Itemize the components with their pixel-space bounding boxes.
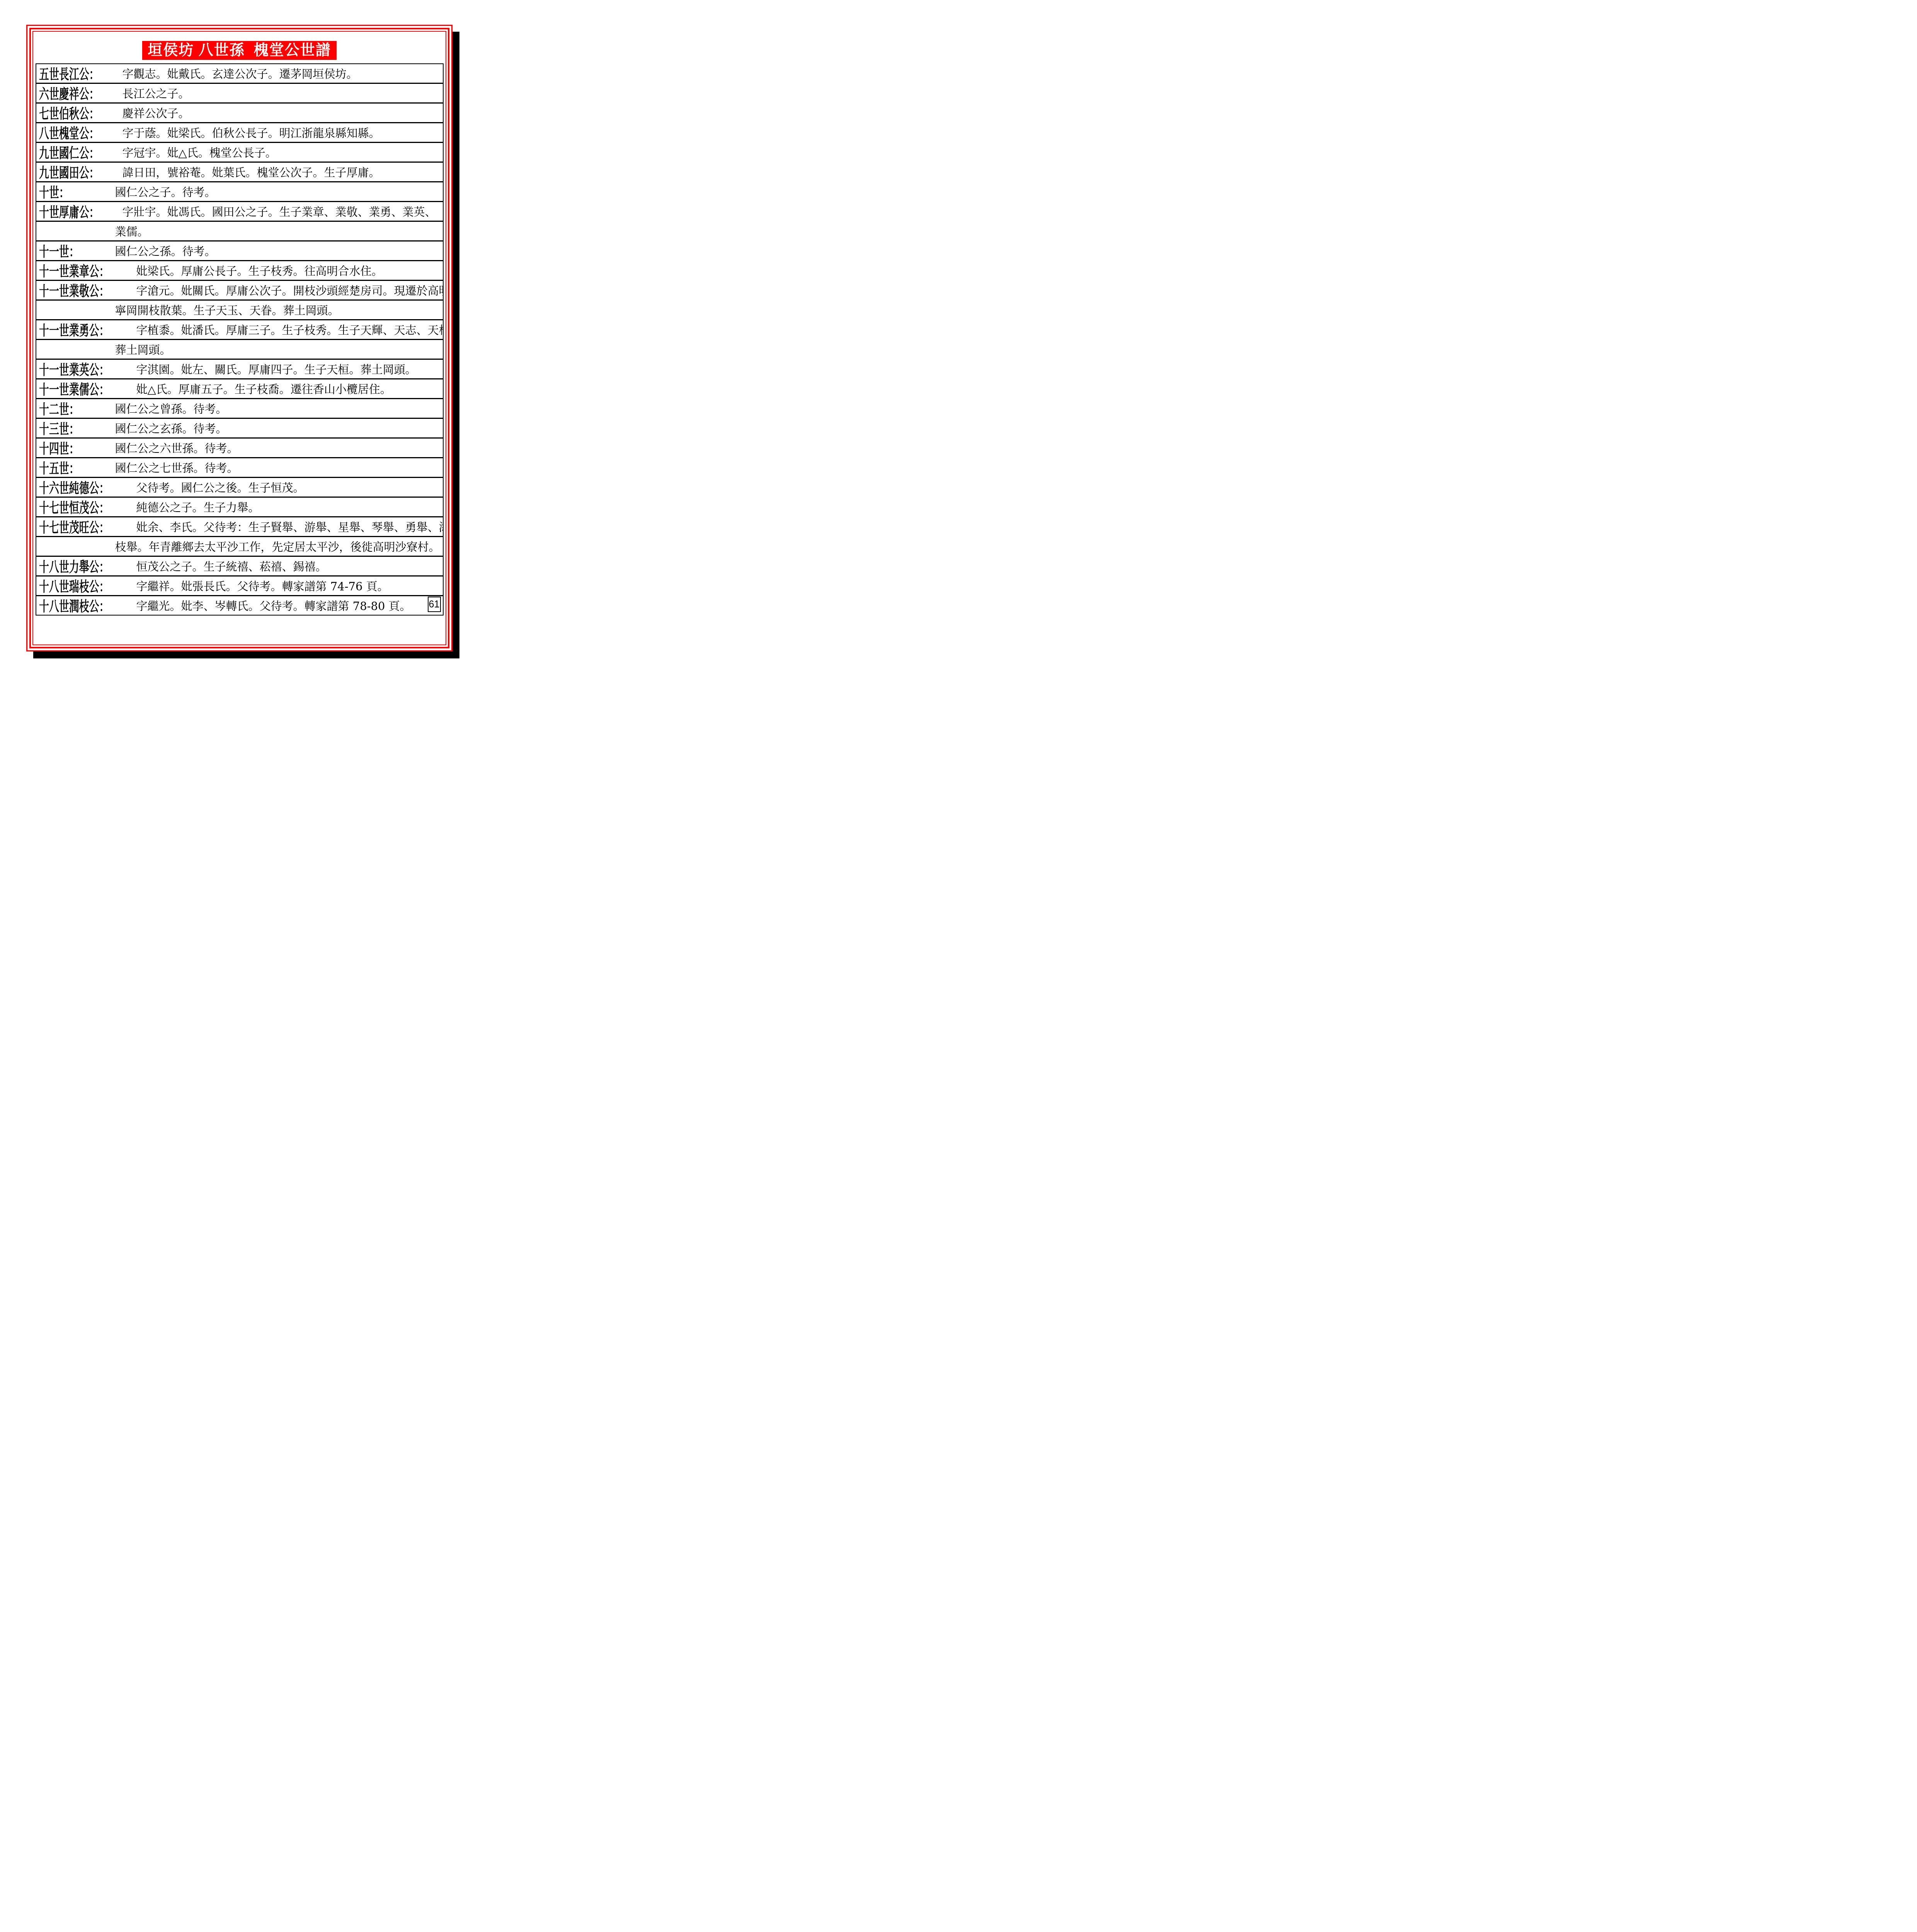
- row-label: 十八世力舉公：: [36, 556, 136, 576]
- row-content: 字冠宇。妣△氏。槐堂公長子。: [122, 145, 443, 160]
- row-content: 父待考。國仁公之後。生子恒茂。: [136, 480, 443, 495]
- row-content: 國仁公之七世孫。待考。: [115, 460, 443, 476]
- table-row: 九世國仁公： 字冠宇。妣△氏。槐堂公長子。: [36, 142, 443, 162]
- row-label-text: 十三世：: [39, 418, 79, 438]
- row-label-text: 十一世業章公：: [39, 261, 109, 280]
- table-row: 十八世力舉公： 恒茂公之子。生子統禧、菘禧、錫禧。: [36, 556, 443, 575]
- table-row: 十四世： 國仁公之六世孫。待考。: [36, 437, 443, 457]
- row-label: 九世國田公：: [36, 162, 122, 182]
- row-label-text: 八世槐堂公：: [39, 123, 99, 142]
- row-label-text: 九世國仁公：: [39, 143, 99, 162]
- row-label: 九世國仁公：: [36, 143, 122, 162]
- table-row: 十一世： 國仁公之孫。待考。: [36, 240, 443, 260]
- table-row: 十八世瑞枝公： 字繼祥。妣張長氏。父待考。轉家譜第 74-76 頁。: [36, 575, 443, 595]
- row-content: 諱日田，號裕菴。妣葉氏。槐堂公次子。生子厚庸。: [122, 164, 443, 180]
- row-label: 十七世茂旺公：: [36, 517, 136, 536]
- table-row: 十一世業儒公： 妣△氏。厚庸五子。生子枝喬。遷往香山小欖居住。: [36, 378, 443, 398]
- page-number: 61: [429, 599, 440, 610]
- table-row: 十一世業敬公： 字滄元。妣關氏。厚庸公次子。開枝沙頭經楚房司。現遷於高明馬: [36, 280, 443, 299]
- table-row: 葬土岡頭。: [36, 339, 443, 359]
- row-content: 國仁公之曾孫。待考。: [115, 401, 443, 417]
- row-label: [36, 538, 115, 554]
- row-label-text: 十八世潤枝公：: [39, 596, 109, 615]
- row-label: 十二世：: [36, 399, 115, 418]
- row-label-text: 六世慶祥公：: [39, 83, 99, 103]
- row-label-text: 十七世恒茂公：: [39, 497, 109, 517]
- frame-outer-border: 垣侯坊 八世孫 槐堂公世譜 五世長江公： 字觀志。妣戴氏。玄達公次子。遷茅岡垣侯…: [26, 25, 452, 651]
- row-content: 國仁公之孫。待考。: [115, 243, 443, 259]
- frame-inner-border: 垣侯坊 八世孫 槐堂公世譜 五世長江公： 字觀志。妣戴氏。玄達公次子。遷茅岡垣侯…: [32, 31, 446, 645]
- row-content: 長江公之子。: [122, 85, 443, 101]
- row-content: 妣△氏。厚庸五子。生子枝喬。遷往香山小欖居住。: [136, 381, 443, 397]
- table-row: 十三世： 國仁公之玄孫。待考。: [36, 418, 443, 437]
- row-label-text: 十六世純德公：: [39, 478, 109, 497]
- row-label: 八世槐堂公：: [36, 123, 122, 142]
- page-title: 垣侯坊 八世孫 槐堂公世譜: [142, 41, 337, 60]
- row-label-text: 十二世：: [39, 399, 79, 418]
- row-label: 十世厚庸公：: [36, 202, 122, 221]
- table-row: 九世國田公： 諱日田，號裕菴。妣葉氏。槐堂公次子。生子厚庸。: [36, 162, 443, 181]
- table-row: 十五世： 國仁公之七世孫。待考。: [36, 457, 443, 477]
- row-label: 十四世：: [36, 438, 115, 457]
- row-label-text: 十四世：: [39, 438, 79, 457]
- row-label-text: 十八世瑞枝公：: [39, 576, 109, 595]
- row-content: 枝舉。年青離鄉去太平沙工作，先定居太平沙，後徙高明沙寮村。: [115, 539, 443, 554]
- row-content: 葬土岡頭。: [115, 342, 443, 357]
- table-row: 業儒。: [36, 221, 443, 240]
- table-row: 六世慶祥公： 長江公之子。: [36, 83, 443, 102]
- row-label: [36, 302, 115, 318]
- row-content: 國仁公之子。待考。: [115, 184, 443, 200]
- row-label-text: 十一世業英公：: [39, 359, 109, 379]
- row-label-text: 十一世業敬公：: [39, 281, 109, 300]
- row-label: 十三世：: [36, 418, 115, 438]
- row-label: 六世慶祥公：: [36, 83, 122, 103]
- row-content: 恒茂公之子。生子統禧、菘禧、錫禧。: [136, 558, 443, 574]
- row-label: 十五世：: [36, 458, 115, 477]
- row-content: 字滄元。妣關氏。厚庸公次子。開枝沙頭經楚房司。現遷於高明馬: [136, 282, 443, 298]
- row-label-text: 十五世：: [39, 458, 79, 477]
- row-content: 字繼光。妣李、岑轉氏。父待考。轉家譜第 78-80 頁。: [136, 598, 443, 614]
- table-row: 五世長江公： 字觀志。妣戴氏。玄達公次子。遷茅岡垣侯坊。: [36, 64, 443, 83]
- table-row: 十二世： 國仁公之曾孫。待考。: [36, 398, 443, 418]
- row-content: 字淇園。妣左、關氏。厚庸四子。生子天桓。葬土岡頭。: [136, 361, 443, 377]
- row-content: 國仁公之玄孫。待考。: [115, 420, 443, 436]
- table-row: 十世厚庸公： 字壯宇。妣馮氏。國田公之子。生子業章、業敬、業勇、業英、: [36, 201, 443, 221]
- row-label-text: 十八世力舉公：: [39, 556, 109, 576]
- row-content: 字于蔭。妣梁氏。伯秋公長子。明江浙龍泉縣知縣。: [122, 125, 443, 141]
- row-label: 十一世業英公：: [36, 359, 136, 379]
- row-label: 五世長江公：: [36, 64, 122, 83]
- row-content: 字觀志。妣戴氏。玄達公次子。遷茅岡垣侯坊。: [122, 66, 443, 82]
- row-label: [36, 341, 115, 357]
- row-label-text: 十七世茂旺公：: [39, 517, 109, 536]
- row-label: 十六世純德公：: [36, 478, 136, 497]
- row-label: 十一世業儒公：: [36, 379, 136, 398]
- row-label: 十一世業章公：: [36, 261, 136, 280]
- table-row: 八世槐堂公： 字于蔭。妣梁氏。伯秋公長子。明江浙龍泉縣知縣。: [36, 122, 443, 142]
- frame-middle-border: 垣侯坊 八世孫 槐堂公世譜 五世長江公： 字觀志。妣戴氏。玄達公次子。遷茅岡垣侯…: [29, 28, 449, 648]
- table-row: 七世伯秋公： 慶祥公次子。: [36, 102, 443, 122]
- row-content: 妣梁氏。厚庸公長子。生子枝秀。往高明合水住。: [136, 263, 443, 279]
- row-label: 十八世潤枝公：: [36, 596, 136, 615]
- row-label-text: 十一世：: [39, 241, 79, 260]
- table-row: 十七世茂旺公： 妣余、李氏。父待考：生子賢舉、游舉、星舉、琴舉、勇舉、添舉: [36, 516, 443, 536]
- row-label: 七世伯秋公：: [36, 103, 122, 122]
- table-row: 十七世恒茂公： 純德公之子。生子力舉。: [36, 497, 443, 516]
- row-label-text: 九世國田公：: [39, 162, 99, 182]
- table-row: 枝舉。年青離鄉去太平沙工作，先定居太平沙，後徙高明沙寮村。: [36, 536, 443, 556]
- row-content: 寧岡開枝散葉。生子天玉、天眷。葬土岡頭。: [115, 302, 443, 318]
- row-content: 純德公之子。生子力舉。: [136, 499, 443, 515]
- row-content: 慶祥公次子。: [122, 105, 443, 121]
- page: { "banner": { "title": "垣侯坊 八世孫 槐堂公世譜" }…: [0, 0, 479, 678]
- table-row: 十八世潤枝公： 字繼光。妣李、岑轉氏。父待考。轉家譜第 78-80 頁。: [36, 595, 443, 615]
- row-content: 業儒。: [115, 223, 443, 239]
- row-label-text: 七世伯秋公：: [39, 103, 99, 122]
- row-label-text: 十世厚庸公：: [39, 202, 99, 221]
- genealogy-table: 五世長江公： 字觀志。妣戴氏。玄達公次子。遷茅岡垣侯坊。 六世慶祥公： 長江公之…: [36, 63, 444, 616]
- table-row: 寧岡開枝散葉。生子天玉、天眷。葬土岡頭。: [36, 299, 443, 319]
- row-content: 字繼祥。妣張長氏。父待考。轉家譜第 74-76 頁。: [136, 578, 443, 594]
- title-row: 垣侯坊 八世孫 槐堂公世譜: [34, 41, 444, 60]
- row-label: 十一世：: [36, 241, 115, 260]
- row-label-text: 十一世業勇公：: [39, 320, 109, 339]
- page-number-box: 61: [428, 597, 441, 612]
- table-row: 十一世業勇公： 字植黍。妣潘氏。厚庸三子。生子枝秀。生子天輝、天志、天相。: [36, 319, 443, 339]
- table-row: 十一世業章公： 妣梁氏。厚庸公長子。生子枝秀。往高明合水住。: [36, 260, 443, 280]
- table-row: 十世： 國仁公之子。待考。: [36, 181, 443, 201]
- row-label-text: 五世長江公：: [39, 64, 99, 83]
- row-label: [36, 223, 115, 239]
- row-content: 字壯宇。妣馮氏。國田公之子。生子業章、業敬、業勇、業英、: [122, 204, 443, 219]
- row-content: 國仁公之六世孫。待考。: [115, 440, 443, 456]
- row-label: 十世：: [36, 182, 115, 201]
- row-label-text: 十一世業儒公：: [39, 379, 109, 398]
- row-label: 十八世瑞枝公：: [36, 576, 136, 595]
- row-label: 十一世業敬公：: [36, 281, 136, 300]
- row-label: 十七世恒茂公：: [36, 497, 136, 517]
- table-row: 十六世純德公： 父待考。國仁公之後。生子恒茂。: [36, 477, 443, 497]
- row-label-text: 十世：: [39, 182, 69, 201]
- row-content: 妣余、李氏。父待考：生子賢舉、游舉、星舉、琴舉、勇舉、添舉: [136, 519, 443, 535]
- row-label: 十一世業勇公：: [36, 320, 136, 339]
- row-content: 字植黍。妣潘氏。厚庸三子。生子枝秀。生子天輝、天志、天相。: [136, 322, 443, 338]
- table-row: 十一世業英公： 字淇園。妣左、關氏。厚庸四子。生子天桓。葬土岡頭。: [36, 359, 443, 378]
